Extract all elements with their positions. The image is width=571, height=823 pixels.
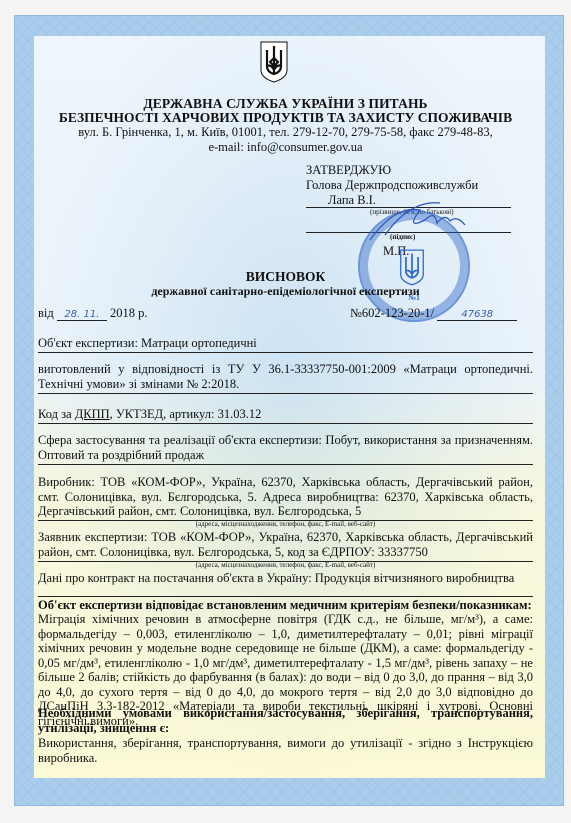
applicant-caption: (адреса, місцезнаходження, телефон, факс… xyxy=(38,561,533,569)
signature-scribble-icon xyxy=(365,195,475,245)
number-handwritten: 47638 xyxy=(437,309,517,321)
product-code: Код за ДКПП, УКТЗЕД, артикул: 31.03.12 xyxy=(38,407,533,422)
authority-email: e-mail: info@consumer.gov.ua xyxy=(30,140,541,155)
divider xyxy=(38,596,533,597)
scope-of-application: Сфера застосування та реалізації об'єкта… xyxy=(38,433,533,462)
conditions-heading: Необхідними умовами використання/застосу… xyxy=(38,706,533,735)
issue-date: від 28. 11. 2018 р. xyxy=(38,306,148,321)
expertise-object: Об'єкт експертизи: Матраци ортопедичні xyxy=(38,336,533,351)
date-prefix: від xyxy=(38,306,54,320)
divider xyxy=(38,464,533,465)
number-prefix: №602-123-20-1/ xyxy=(350,306,434,320)
trident-coat-of-arms-icon xyxy=(259,40,289,83)
divider xyxy=(38,423,533,424)
manufactured-per-spec: виготовлений у відповідності із ТУ У 36.… xyxy=(38,362,533,391)
approval-position: Голова Держпродспоживслужби xyxy=(306,178,478,193)
authority-name-line2: БЕЗПЕЧНОСТІ ХАРЧОВИХ ПРОДУКТІВ ТА ЗАХИСТ… xyxy=(30,110,541,126)
contract-info: Дані про контракт на постачання об'єкта … xyxy=(38,571,533,586)
document-title: ВИСНОВОК xyxy=(30,269,541,285)
code-prefix: Код за xyxy=(38,407,75,421)
authority-address: вул. Б. Грінченка, 1, м. Київ, 01001, те… xyxy=(30,125,541,140)
divider xyxy=(38,352,533,353)
criteria-heading: Об'єкт експертизи відповідає встановлени… xyxy=(38,598,533,613)
code-dkpp: ДКПП xyxy=(75,407,110,421)
document-number: №602-123-20-1/ 47638 xyxy=(350,306,517,321)
document-subtitle: державної санітарно-епідеміологічної екс… xyxy=(30,284,541,299)
approval-label: ЗАТВЕРДЖУЮ xyxy=(306,163,391,178)
divider xyxy=(38,393,533,394)
conditions-body: Використання, зберігання, транспортуванн… xyxy=(38,736,533,765)
date-suffix: 2018 р. xyxy=(110,306,148,320)
manufacturer-info: Виробник: ТОВ «КОМ-ФОР», Україна, 62370,… xyxy=(38,475,533,519)
date-handwritten: 28. 11. xyxy=(57,309,107,321)
applicant-info: Заявник експертизи: ТОВ «КОМ-ФОР», Украї… xyxy=(38,530,533,559)
manufacturer-caption: (адреса, місцезнаходження, телефон, факс… xyxy=(38,520,533,528)
code-rest: , УКТЗЕД, артикул: 31.03.12 xyxy=(110,407,262,421)
